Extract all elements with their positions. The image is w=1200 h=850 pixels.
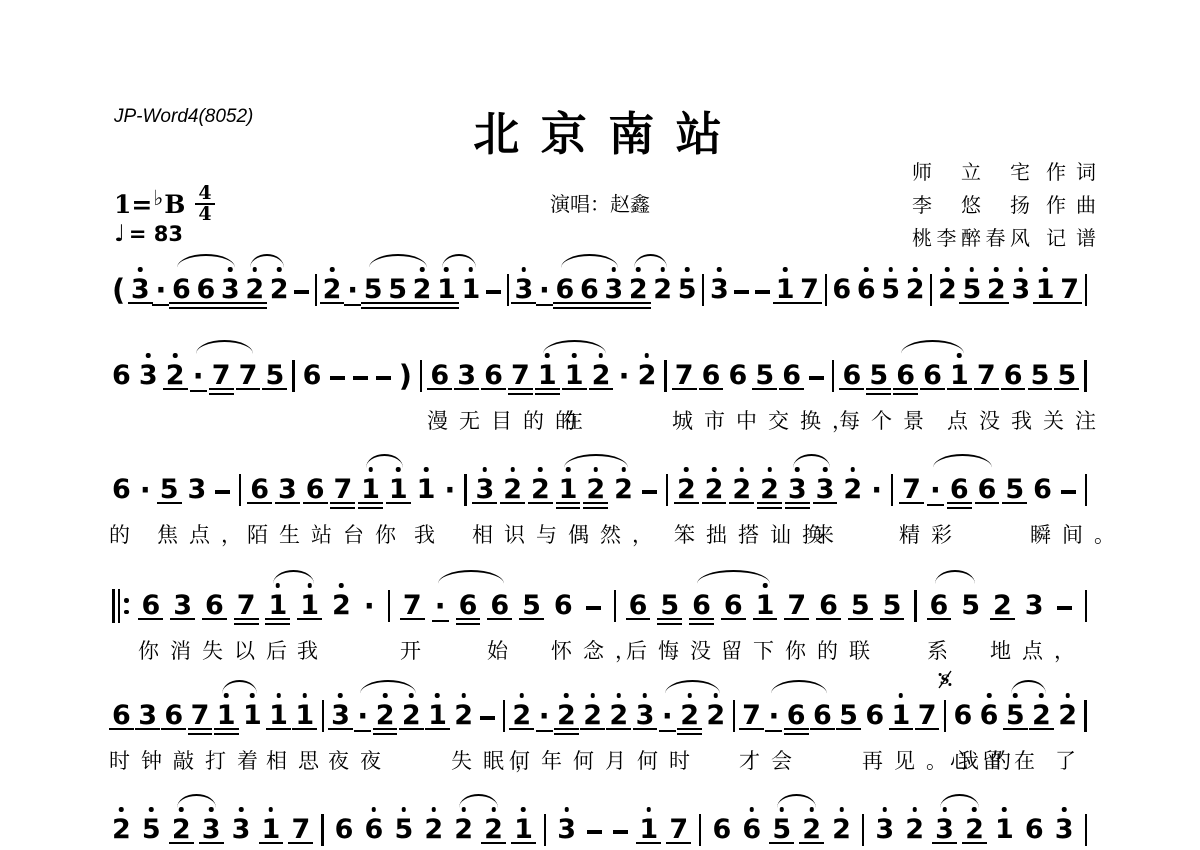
note-token: 1 [565, 361, 584, 391]
dash-stroke [586, 606, 601, 609]
beam-underline [303, 502, 328, 504]
lyrics-row: 漫无目的的在城市中交换，每个景点没我关注 [112, 405, 1087, 435]
note-token: 2 [166, 361, 185, 391]
high-octave-dot [912, 807, 917, 812]
beam-underline [797, 302, 822, 304]
high-octave-dot [330, 267, 335, 272]
note-digit: 5 [142, 815, 161, 845]
lyric-chunk: 点没我关注 [947, 405, 1107, 435]
beam-underline [152, 304, 169, 306]
notes-row: 6367112·7·66566566176556523 [112, 588, 1087, 624]
note-token: 3 [331, 701, 350, 731]
note-digit: 3 [331, 701, 350, 731]
note-token: 3 [221, 275, 240, 305]
note-digit: 2 [677, 475, 696, 505]
note-token: 2 [270, 275, 289, 305]
high-octave-dot [338, 693, 343, 698]
barline-stroke [388, 590, 390, 622]
dash-stroke [480, 716, 495, 719]
note-digit: 5 [869, 361, 888, 391]
note-digit: 7 [239, 361, 258, 391]
note-digit: 2 [938, 275, 957, 305]
note-token: 2 [454, 815, 473, 845]
note-token: 2 [732, 475, 751, 505]
note-token: 6 [196, 275, 215, 305]
slur-arc [273, 570, 315, 584]
note-digit: 2 [680, 701, 699, 731]
note-digit: 6 [430, 361, 449, 391]
note-digit: 1 [462, 275, 481, 305]
note-digit: 6 [303, 361, 322, 391]
paren-glyph: ) [399, 359, 412, 393]
note-digit: 1 [417, 475, 436, 505]
high-octave-dot [945, 267, 950, 272]
note-digit: · [539, 699, 550, 733]
note-token: 6 [554, 591, 573, 621]
beam-underline [773, 302, 798, 304]
beam-underline [932, 842, 957, 844]
note-digit: 6 [1025, 815, 1044, 845]
augmentation-dot: · [444, 473, 455, 507]
note-digit: 2 [614, 475, 633, 505]
beam-underline [234, 623, 259, 625]
barline [388, 590, 390, 622]
beam-underline [169, 307, 194, 309]
note-digit: 3 [131, 275, 150, 305]
note-token: 3 [1011, 275, 1030, 305]
note-digit: 2 [166, 361, 185, 391]
high-octave-dot [645, 353, 650, 358]
note-token: 1 [217, 701, 236, 731]
note-token: 2 [503, 475, 522, 505]
note-digit: 2 [905, 815, 924, 845]
beam-underline [1003, 728, 1028, 730]
note-digit: 2 [270, 275, 289, 305]
repeat-start-sign [112, 589, 129, 623]
note-digit: 5 [660, 591, 679, 621]
beam-underline [169, 302, 194, 304]
barline-stroke [503, 700, 505, 732]
beam-underline [947, 388, 972, 390]
dash-stroke [353, 376, 368, 379]
beam-underline [1029, 728, 1054, 730]
beam-underline [188, 733, 213, 735]
note-token: 7 [787, 591, 806, 621]
note-token: 1 [417, 475, 436, 505]
note-digit: 6 [1033, 475, 1052, 505]
lyric-chunk: 来 [813, 519, 845, 549]
augmentation-dot: · [193, 359, 204, 393]
note-token: 6 [172, 275, 191, 305]
note-digit: 1 [262, 815, 281, 845]
note-digit: 3 [557, 815, 576, 845]
beam-underline [889, 728, 914, 730]
note-digit: 2 [402, 701, 421, 731]
note-token: 5 [1005, 475, 1024, 505]
note-digit: 1 [361, 475, 380, 505]
augmentation-dot: · [930, 473, 941, 507]
note-digit: 5 [1031, 361, 1050, 391]
beam-underline [135, 728, 160, 730]
note-digit: 2 [323, 275, 342, 305]
barline [239, 474, 241, 506]
lyric-chunk: 你消失以后 [138, 635, 298, 665]
music-line-1: (3·663222·552113·6632253176652252317 [112, 272, 1087, 308]
beam-underline [427, 388, 452, 390]
note-token: 2 [245, 275, 264, 305]
barline [614, 590, 616, 622]
augmentation-dot: · [871, 473, 882, 507]
beam-underline [511, 842, 536, 844]
lyric-chunk: 我 [414, 519, 446, 549]
note-token: 6 [702, 361, 721, 391]
note-token: 1 [756, 591, 775, 621]
barline [1084, 700, 1086, 732]
note-token: 6 [490, 591, 509, 621]
note-digit: 1 [565, 361, 584, 391]
beam-underline [626, 302, 651, 304]
augmentation-dot: · [539, 273, 550, 307]
high-octave-dot [783, 267, 788, 272]
note-token: 2 [531, 475, 550, 505]
barline [1085, 474, 1087, 506]
beam-underline [262, 388, 287, 390]
beam-underline [373, 733, 398, 735]
lyric-chunk: 时钟敲打着 [109, 745, 269, 775]
barline: S [944, 700, 946, 732]
note-digit: 5 [883, 591, 902, 621]
high-octave-dot [1065, 693, 1070, 698]
note-token: 6 [112, 701, 131, 731]
barline-stroke [862, 814, 864, 846]
barline [664, 360, 666, 392]
note-token: 7 [333, 475, 352, 505]
beam-underline [242, 307, 267, 309]
dash-stroke [755, 290, 770, 293]
duration-dash [587, 826, 602, 833]
beam-underline [810, 728, 835, 730]
beam-underline [487, 618, 512, 620]
augmentation-dot: · [357, 699, 368, 733]
barline-stroke [1085, 590, 1087, 622]
beam-underline [866, 393, 891, 395]
slur-arc [777, 794, 817, 808]
note-digit: 6 [832, 275, 851, 305]
note-digit: 2 [629, 275, 648, 305]
beam-underline [361, 302, 386, 304]
note-digit: 3 [187, 475, 206, 505]
duration-dash [486, 286, 501, 293]
note-digit: 6 [787, 701, 806, 731]
beam-underline [674, 502, 699, 504]
beam-underline [410, 307, 435, 309]
beam-underline [456, 623, 481, 625]
beam-underline [193, 302, 218, 304]
note-digit: 3 [816, 475, 835, 505]
note-token: 2 [993, 591, 1012, 621]
barline-stroke [832, 360, 834, 392]
beam-underline [138, 618, 163, 620]
note-digit: 6 [819, 591, 838, 621]
high-octave-dot [647, 807, 652, 812]
lyric-chunk: 留下你的联 [721, 635, 881, 665]
note-digit: 1 [217, 701, 236, 731]
note-digit: 3 [278, 475, 297, 505]
note-digit: 1 [300, 591, 319, 621]
note-digit: 2 [245, 275, 264, 305]
music-line-5: 636711113·22122·2223·227·665617S66522时钟敲… [112, 698, 1087, 775]
high-octave-dot [1062, 807, 1067, 812]
beam-underline [434, 302, 459, 304]
beam-underline [288, 842, 313, 844]
beam-underline [927, 504, 944, 506]
note-token: 3 [816, 475, 835, 505]
note-token: 3 [935, 815, 954, 845]
barline-stroke [321, 814, 323, 846]
lyric-chunk: 地 [990, 635, 1022, 665]
note-token: 5 [364, 275, 383, 305]
beam-underline [899, 502, 924, 504]
beam-underline [839, 388, 864, 390]
beam-underline [816, 618, 841, 620]
barline [862, 814, 864, 846]
high-octave-dot [119, 807, 124, 812]
high-octave-dot [483, 467, 488, 472]
beam-underline [373, 728, 398, 730]
barline-stroke [239, 474, 241, 506]
beam-underline [974, 388, 999, 390]
note-token: 1 [538, 361, 557, 391]
note-token: 6 [953, 701, 972, 731]
slur-arc [665, 680, 721, 694]
note-digit: 5 [160, 475, 179, 505]
barline-stroke [944, 700, 946, 732]
note-token: 6 [813, 701, 832, 731]
note-digit: 3 [514, 275, 533, 305]
note-digit: 2 [557, 701, 576, 731]
beam-underline [170, 618, 195, 620]
note-token: 5 [962, 275, 981, 305]
note-digit: 6 [306, 475, 325, 505]
note-token: 2 [706, 701, 725, 731]
note-token: 6 [629, 591, 648, 621]
note-digit: 1 [268, 591, 287, 621]
note-token: 3 [457, 361, 476, 391]
barline [544, 814, 546, 846]
barline [733, 700, 735, 732]
note-token: 1 [437, 275, 456, 305]
beam-underline [328, 728, 353, 730]
beam-underline [1002, 502, 1027, 504]
beam-underline [577, 302, 602, 304]
note-digit: · [930, 473, 941, 507]
note-token: 7 [239, 361, 258, 391]
note-token: 6 [1025, 815, 1044, 845]
note-digit: 2 [112, 815, 131, 845]
note-token: 2 [905, 815, 924, 845]
note-token: 6 [724, 591, 743, 621]
note-digit: 2 [832, 815, 851, 845]
beam-underline [535, 393, 560, 395]
lyric-chunk: 始 [487, 635, 519, 665]
barline-stroke [1085, 814, 1087, 846]
note-digit: 7 [669, 815, 688, 845]
note-token: 3 [514, 275, 533, 305]
note-token: 3 [1025, 591, 1044, 621]
high-octave-dot [684, 467, 689, 472]
note-digit: 6 [554, 591, 573, 621]
high-octave-dot [402, 807, 407, 812]
high-octave-dot [372, 807, 377, 812]
barline-stroke [702, 274, 704, 306]
note-token: 2 [112, 815, 131, 845]
beam-underline [765, 730, 782, 732]
note-token: 6 [556, 275, 575, 305]
note-digit: 5 [1006, 701, 1025, 731]
beam-underline [434, 307, 459, 309]
note-digit: 2 [454, 701, 473, 731]
note-token: 6 [112, 361, 131, 391]
lyric-chunk: 城市中交换， [672, 405, 864, 435]
high-octave-dot [1018, 267, 1023, 272]
note-digit: 6 [172, 275, 191, 305]
beam-underline [990, 618, 1015, 620]
note-token: 7 [403, 591, 422, 621]
note-digit: 2 [531, 475, 550, 505]
beam-underline [275, 502, 300, 504]
note-token: 1 [243, 701, 262, 731]
barline-stroke [664, 360, 666, 392]
note-digit: 5 [1057, 361, 1076, 391]
note-digit: 3 [1055, 815, 1074, 845]
high-octave-dot [522, 267, 527, 272]
beam-underline [161, 728, 186, 730]
note-digit: 1 [389, 475, 408, 505]
lyric-chunk: 才会 [739, 745, 803, 775]
beam-underline [344, 304, 361, 306]
barline-stroke [666, 474, 668, 506]
music-line-6: 25233176652221317665223232163 [112, 812, 1087, 848]
note-token: 6 [782, 361, 801, 391]
slur-arc [222, 680, 258, 694]
slur-arc [543, 340, 607, 354]
note-digit: 6 [728, 361, 747, 391]
note-token: 5 [1031, 361, 1050, 391]
beam-underline [330, 502, 355, 504]
note-digit: 6 [782, 361, 801, 391]
beam-underline [214, 733, 239, 735]
note-digit: 1 [995, 815, 1014, 845]
beam-underline [689, 618, 714, 620]
note-token: 3 [475, 475, 494, 505]
beam-underline [721, 618, 746, 620]
note-digit: 2 [512, 701, 531, 731]
repeat-bars [112, 589, 129, 623]
beam-underline [848, 618, 873, 620]
note-digit: 3 [221, 275, 240, 305]
note-token: 1 [776, 275, 795, 305]
music-line-2: 632·7756)6367112·276656656617655漫无目的的在城市… [112, 358, 1087, 435]
note-digit: 2 [424, 815, 443, 845]
beam-underline [536, 730, 553, 732]
beam-underline [209, 393, 234, 395]
lyric-chunk: 陌生站台你 [247, 519, 407, 549]
high-octave-dot [461, 693, 466, 698]
beam-underline [553, 307, 578, 309]
notes-row: 6·536367111·3221222222332·7·6656 [112, 472, 1087, 508]
beam-underline [601, 307, 626, 309]
note-digit: 6 [490, 591, 509, 621]
note-digit: 3 [710, 275, 729, 305]
note-token: 6 [430, 361, 449, 391]
beam-underline [511, 302, 536, 304]
note-digit: 2 [592, 361, 611, 391]
note-digit: · [357, 699, 368, 733]
note-token: 2 [629, 275, 648, 305]
note-token: 5 [881, 275, 900, 305]
lyric-chunk: 的 [109, 519, 141, 549]
beam-underline [601, 302, 626, 304]
barline-stroke [464, 474, 466, 506]
note-digit: 6 [896, 361, 915, 391]
note-token: 3 [139, 361, 158, 391]
note-digit: 7 [291, 815, 310, 845]
note-digit: 6 [857, 275, 876, 305]
beam-underline [292, 728, 317, 730]
beam-underline [757, 507, 782, 509]
barline [666, 474, 668, 506]
note-digit: 6 [629, 591, 648, 621]
svg-text:S: S [940, 673, 949, 688]
slur-arc [793, 454, 831, 468]
beam-underline [739, 728, 764, 730]
beam-underline [672, 388, 697, 390]
beam-underline [947, 502, 972, 504]
note-token: 2 [653, 275, 672, 305]
note-token: 5 [522, 591, 541, 621]
note-digit: 2 [1032, 701, 1051, 731]
note-digit: 2 [760, 475, 779, 505]
beam-underline [508, 388, 533, 390]
dash-stroke [734, 290, 749, 293]
note-token: 7 [212, 361, 231, 391]
note-token: 3 [788, 475, 807, 505]
note-token: 1 [389, 475, 408, 505]
duration-dash [734, 286, 749, 293]
lyrics-row: 你消失以后我开始怀念，后悔没留下你的联系地点， [112, 635, 1087, 665]
beam-underline [234, 618, 259, 620]
beam-underline [528, 502, 553, 504]
note-digit: 7 [333, 475, 352, 505]
beam-underline [636, 842, 661, 844]
note-digit: 1 [428, 701, 447, 731]
lyric-chunk: 在 [562, 405, 594, 435]
beam-underline [385, 307, 410, 309]
beam-underline [354, 730, 371, 732]
note-digit: 7 [787, 591, 806, 621]
note-digit: 7 [237, 591, 256, 621]
note-digit: 6 [923, 361, 942, 391]
note-digit: 6 [164, 701, 183, 731]
high-octave-dot [1002, 807, 1007, 812]
high-octave-dot [149, 807, 154, 812]
high-octave-dot [269, 807, 274, 812]
note-token: 2 [677, 475, 696, 505]
note-token: 2 [484, 815, 503, 845]
notes-row: 636711113·22122·2223·227·665617S66522 [112, 698, 1087, 734]
dash-stroke [330, 376, 345, 379]
note-digit: 2 [705, 475, 724, 505]
